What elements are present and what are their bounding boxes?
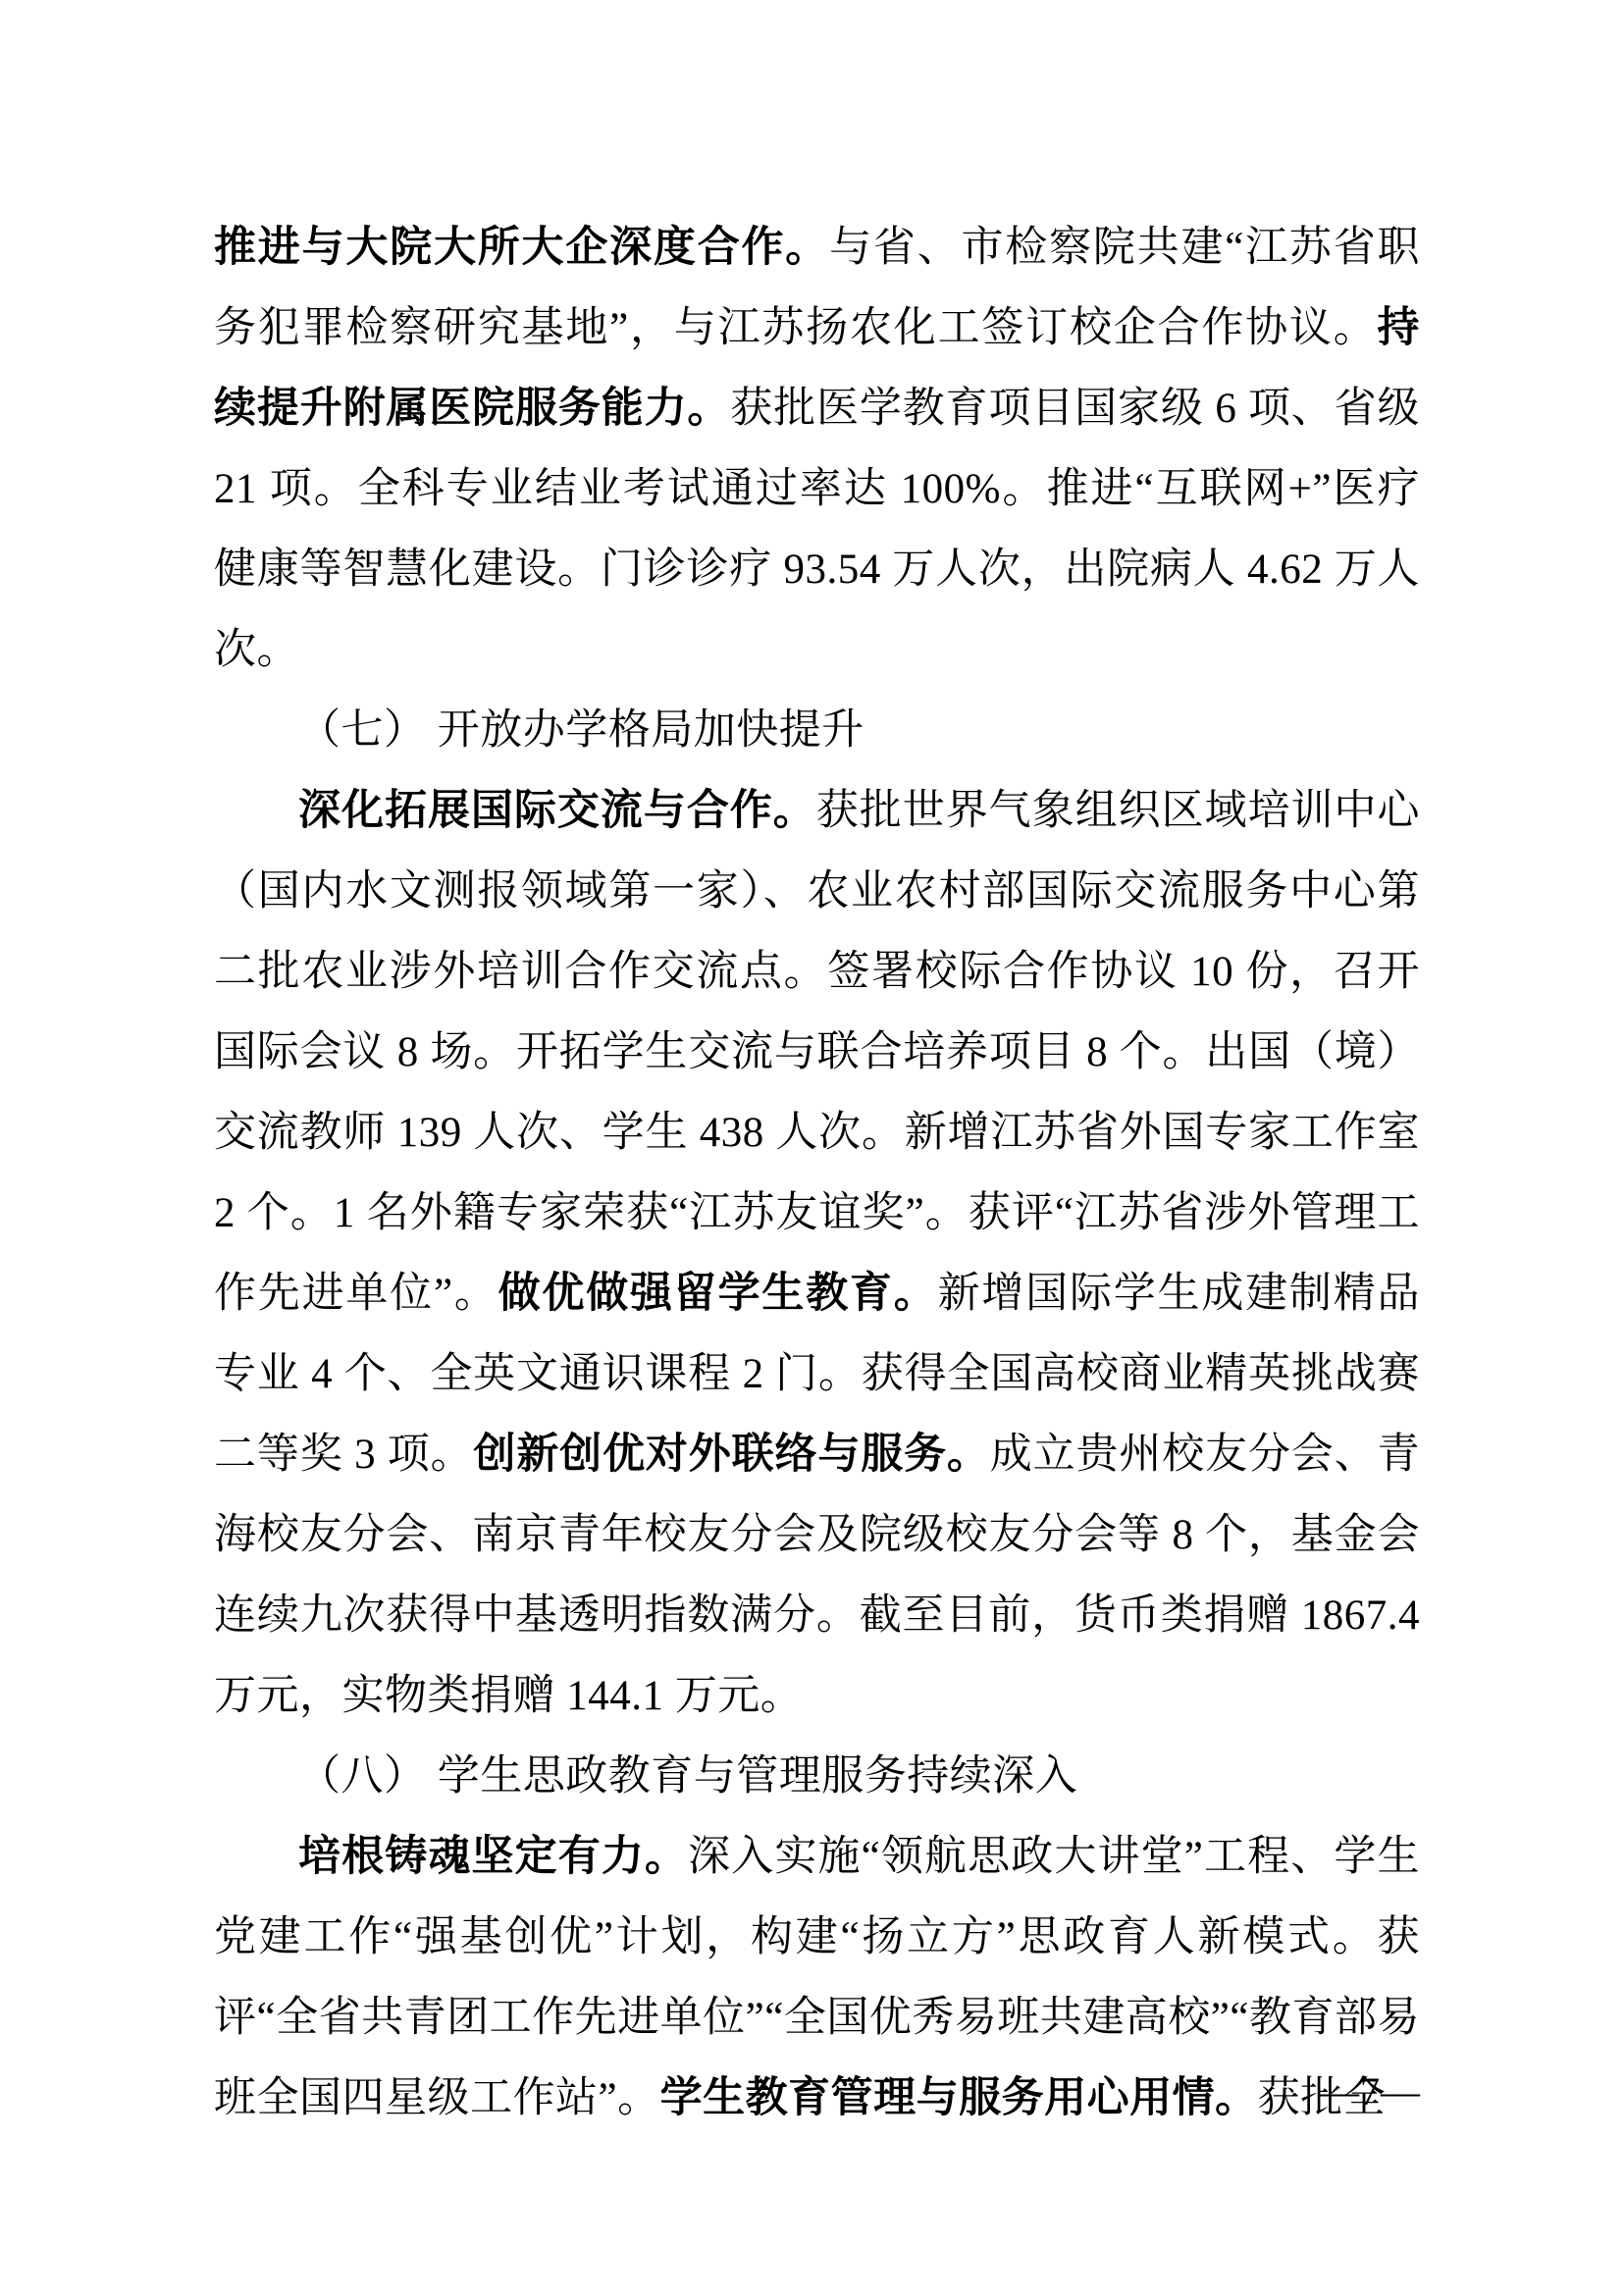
document-page: 推进与大院大所大企深度合作。与省、市检察院共建“江苏省职务犯罪检察研究基地”，与… bbox=[0, 0, 1624, 2296]
document-body: 推进与大院大所大企深度合作。与省、市检察院共建“江苏省职务犯罪检察研究基地”，与… bbox=[214, 208, 1420, 2139]
text-run: （七） 开放办学格局加快提升 bbox=[298, 707, 864, 754]
page-number: —7— bbox=[1320, 2068, 1421, 2115]
paragraph: 培根铸魂坚定有力。深入实施“领航思政大讲堂”工程、学生党建工作“强基创优”计划，… bbox=[214, 1817, 1420, 2139]
text-run: 获批世界气象组织区域培训中心（国内水文测报领域第一家）、农业农村部国际交流服务中… bbox=[214, 788, 1420, 1317]
bold-text-run: 做优做强留学生教育。 bbox=[498, 1271, 938, 1317]
bold-text-run: 深化拓展国际交流与合作。 bbox=[298, 788, 816, 834]
section-heading: （八） 学生思政教育与管理服务持续深入 bbox=[214, 1737, 1420, 1817]
text-run: （八） 学生思政教育与管理服务持续深入 bbox=[298, 1753, 1077, 1800]
paragraph: 推进与大院大所大企深度合作。与省、市检察院共建“江苏省职务犯罪检察研究基地”，与… bbox=[214, 208, 1420, 691]
bold-text-run: 创新创优对外联络与服务。 bbox=[474, 1432, 990, 1478]
section-heading: （七） 开放办学格局加快提升 bbox=[214, 691, 1420, 771]
bold-text-run: 学生教育管理与服务用心用情。 bbox=[660, 2075, 1258, 2121]
bold-text-run: 培根铸魂坚定有力。 bbox=[298, 1834, 688, 1880]
bold-text-run: 推进与大院大所大企深度合作。 bbox=[214, 225, 829, 271]
paragraph: 深化拓展国际交流与合作。获批世界气象组织区域培训中心（国内水文测报领域第一家）、… bbox=[214, 771, 1420, 1737]
